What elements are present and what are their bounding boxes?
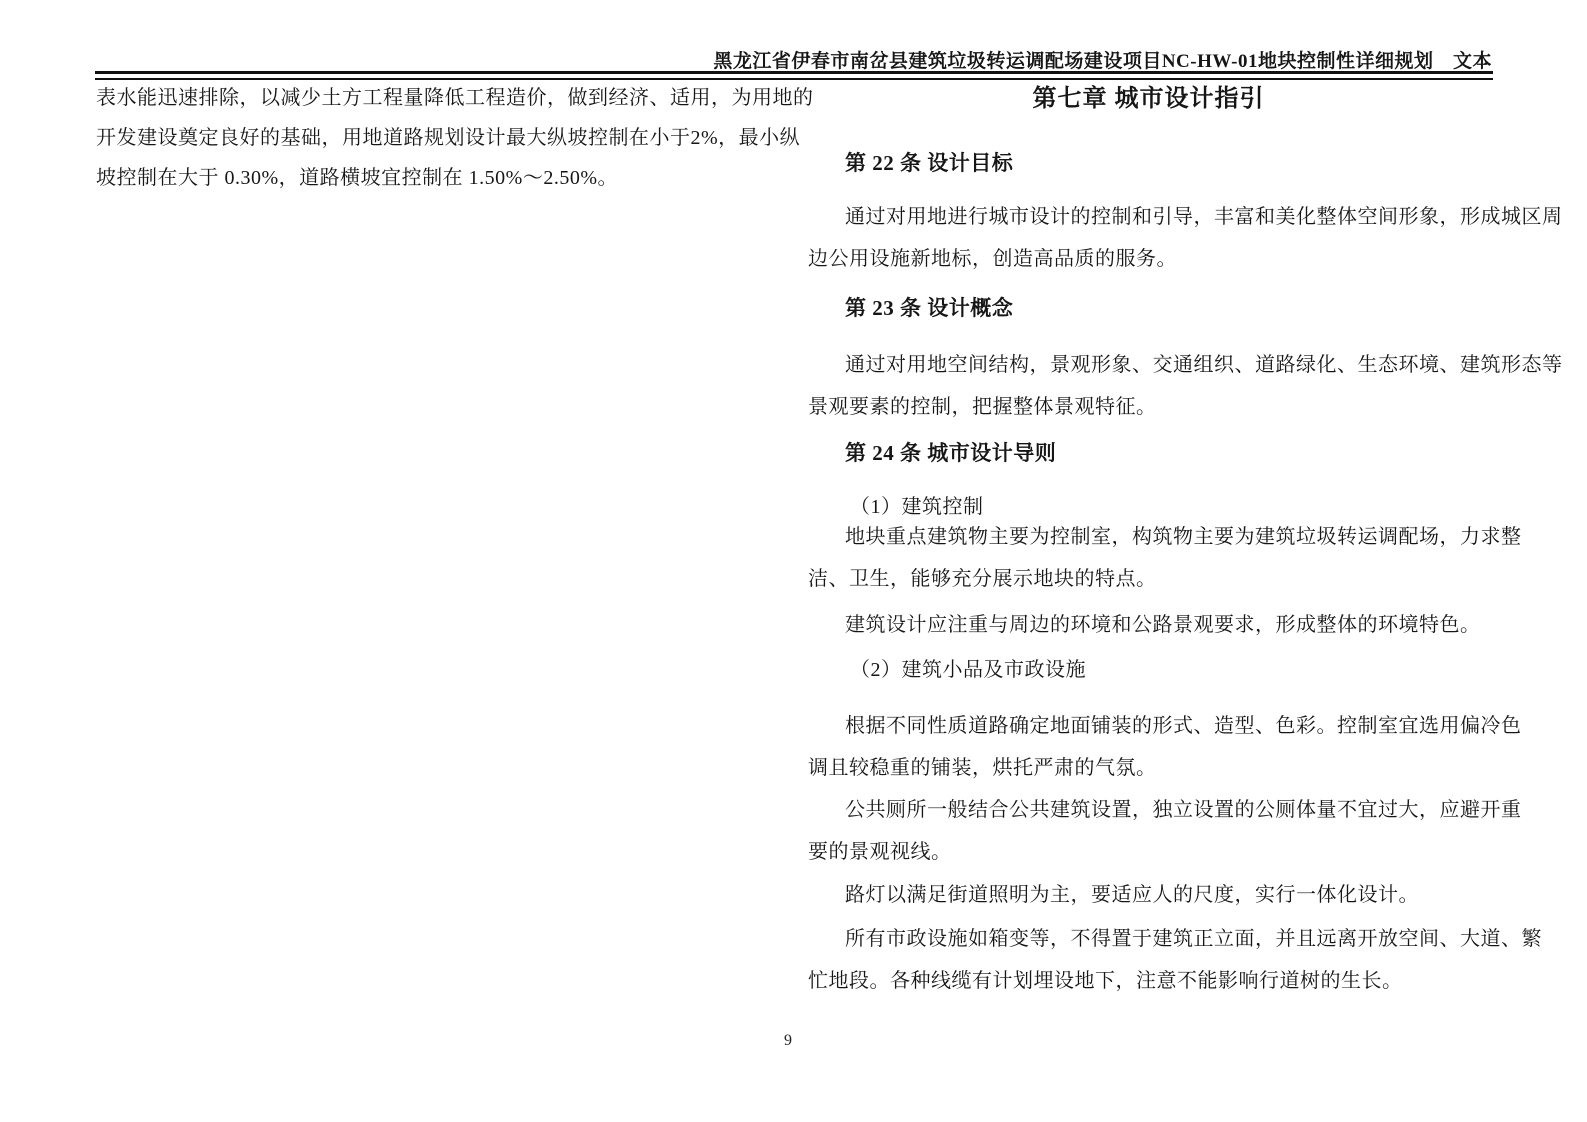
paragraph: 通过对用地空间结构，景观形象、交通组织、道路绿化、生态环境、建筑形态等 景观要素… bbox=[808, 344, 1489, 428]
section-heading-23: 第 23 条 设计概念 bbox=[808, 293, 1526, 323]
paragraph: 根据不同性质道路确定地面铺装的形式、造型、色彩。控制室宜选用偏冷色 调且较稳重的… bbox=[808, 705, 1489, 789]
paragraph-line: 要的景观视线。 bbox=[808, 831, 1489, 873]
paragraph: 路灯以满足街道照明为主，要适应人的尺度，实行一体化设计。 bbox=[808, 874, 1489, 916]
paragraph-line: 景观要素的控制，把握整体景观特征。 bbox=[808, 386, 1489, 428]
paragraph-line: 通过对用地空间结构，景观形象、交通组织、道路绿化、生态环境、建筑形态等 bbox=[808, 344, 1489, 386]
paragraph: 建筑设计应注重与周边的环境和公路景观要求，形成整体的环境特色。 bbox=[808, 604, 1489, 646]
paragraph: 地块重点建筑物主要为控制室，构筑物主要为建筑垃圾转运调配场，力求整 洁、卫生，能… bbox=[808, 516, 1489, 600]
subheading-2: （2）建筑小品及市政设施 bbox=[808, 655, 1531, 685]
right-column: 第七章 城市设计指引 第 22 条 设计目标 通过对用地进行城市设计的控制和引导… bbox=[808, 0, 1489, 1122]
paragraph-line: 通过对用地进行城市设计的控制和引导，丰富和美化整体空间形象，形成城区周 bbox=[808, 196, 1489, 238]
paragraph-line: 建筑设计应注重与周边的环境和公路景观要求，形成整体的环境特色。 bbox=[808, 604, 1489, 646]
paragraph: 公共厕所一般结合公共建筑设置，独立设置的公厕体量不宜过大，应避开重 要的景观视线… bbox=[808, 789, 1489, 873]
paragraph: 通过对用地进行城市设计的控制和引导，丰富和美化整体空间形象，形成城区周 边公用设… bbox=[808, 196, 1489, 280]
section-heading-24: 第 24 条 城市设计导则 bbox=[808, 438, 1526, 468]
paragraph-line: 地块重点建筑物主要为控制室，构筑物主要为建筑垃圾转运调配场，力求整 bbox=[808, 516, 1489, 558]
paragraph-line: 表水能迅速排除，以减少土方工程量降低工程造价，做到经济、适用，为用地的 bbox=[96, 78, 772, 118]
chapter-title: 第七章 城市设计指引 bbox=[808, 84, 1489, 114]
paragraph-line: 所有市政设施如箱变等，不得置于建筑正立面，并且远离开放空间、大道、繁 bbox=[808, 918, 1489, 960]
paragraph: 所有市政设施如箱变等，不得置于建筑正立面，并且远离开放空间、大道、繁 忙地段。各… bbox=[808, 918, 1489, 1002]
paragraph-line: 公共厕所一般结合公共建筑设置，独立设置的公厕体量不宜过大，应避开重 bbox=[808, 789, 1489, 831]
section-heading-22: 第 22 条 设计目标 bbox=[808, 148, 1526, 178]
paragraph-line: 忙地段。各种线缆有计划埋设地下，注意不能影响行道树的生长。 bbox=[808, 960, 1489, 1002]
paragraph-line: 开发建设奠定良好的基础，用地道路规划设计最大纵坡控制在小于2%，最小纵 bbox=[96, 118, 772, 158]
paragraph-line: 调且较稳重的铺装，烘托严肃的气氛。 bbox=[808, 747, 1489, 789]
paragraph-line: 洁、卫生，能够充分展示地块的特点。 bbox=[808, 558, 1489, 600]
paragraph-line: 根据不同性质道路确定地面铺装的形式、造型、色彩。控制室宜选用偏冷色 bbox=[808, 705, 1489, 747]
page-number: 9 bbox=[784, 1032, 792, 1050]
paragraph-line: 边公用设施新地标，创造高品质的服务。 bbox=[808, 238, 1489, 280]
document-page: 黑龙江省伊春市南岔县建筑垃圾转运调配场建设项目NC-HW-01地块控制性详细规划… bbox=[0, 0, 1587, 1122]
paragraph-line: 坡控制在大于 0.30%，道路横坡宜控制在 1.50%～2.50%。 bbox=[96, 158, 772, 198]
left-column: 表水能迅速排除，以减少土方工程量降低工程造价，做到经济、适用，为用地的 开发建设… bbox=[96, 78, 772, 198]
paragraph-line: 路灯以满足街道照明为主，要适应人的尺度，实行一体化设计。 bbox=[808, 874, 1489, 916]
